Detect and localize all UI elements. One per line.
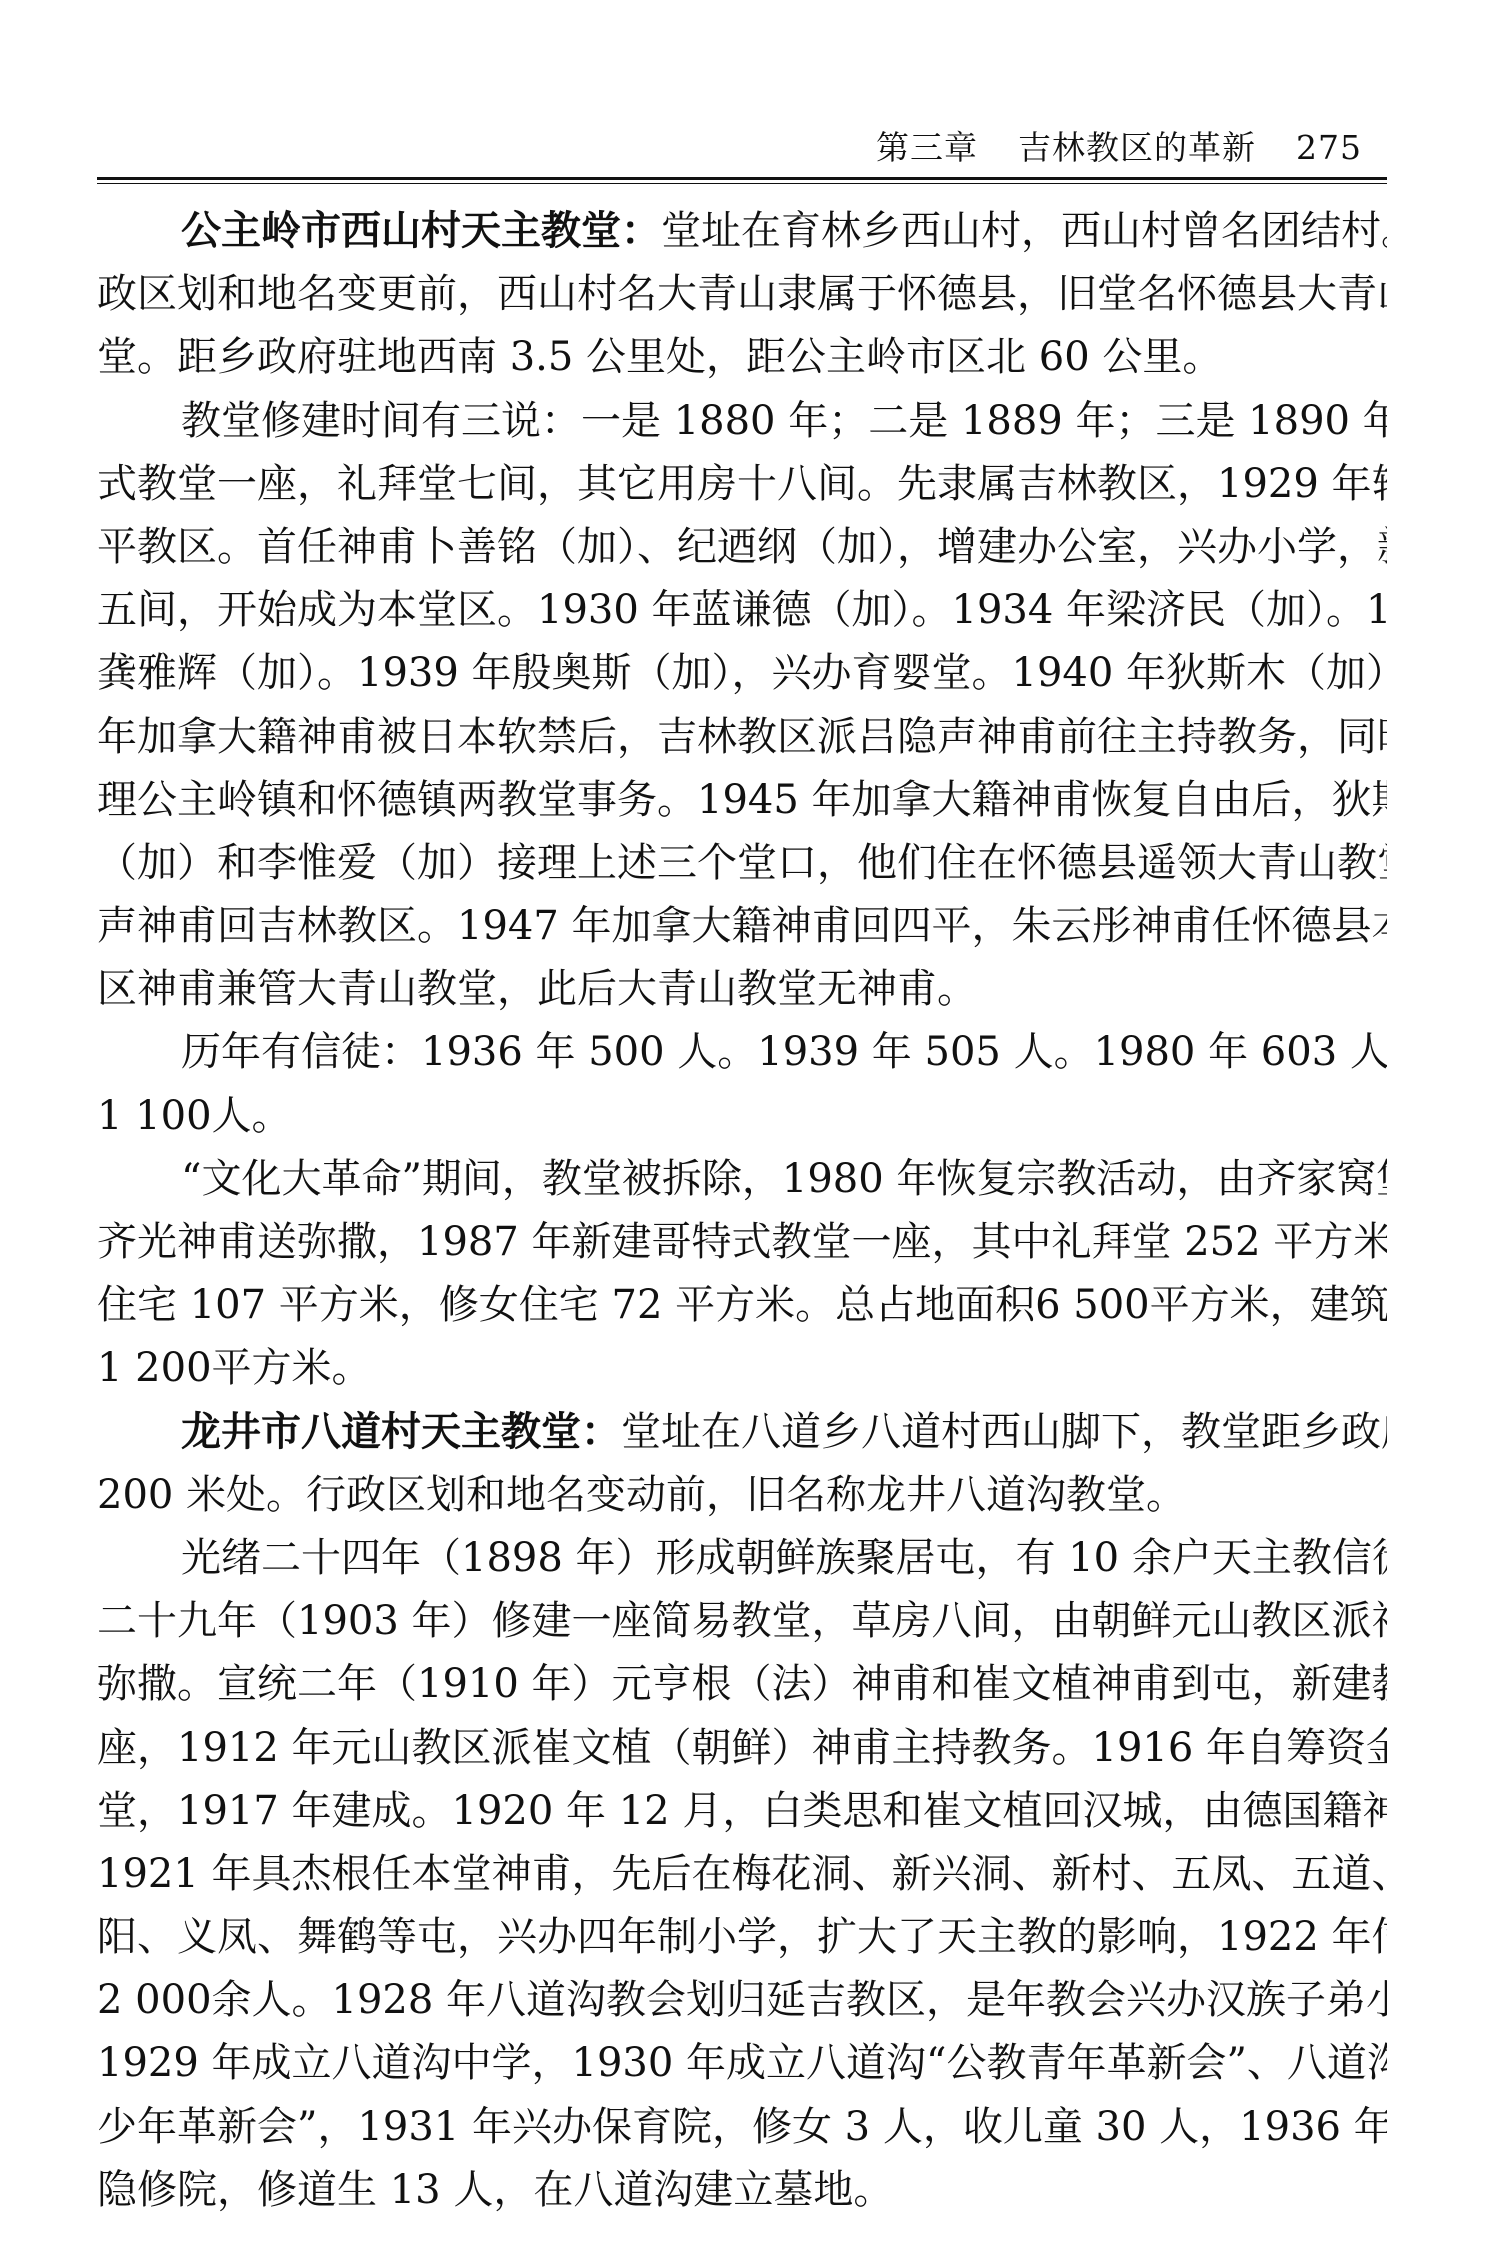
text-line: 齐光神甫送弥撒，1987 年新建哥特式教堂一座，其中礼拜堂 252 平方米，神甫 [97,1211,1387,1274]
section-heading: 公主岭市西山村天主教堂： [181,208,661,254]
text-line: 1921 年具杰根任本堂神甫，先后在梅花洞、新兴洞、新村、五凤、五道、富岩、南 [97,1843,1387,1906]
text-line: 1929 年成立八道沟中学，1930 年成立八道沟“公教青年革新会”、八道沟“公… [97,2032,1387,2095]
text-line: 区神甫兼管大青山教堂，此后大青山教堂无神甫。 [97,958,1387,1021]
running-header: 第三章吉林教区的革新275 [97,122,1387,172]
text-line: 住宅 107 平方米，修女住宅 72 平方米。总占地面积6 500平方米，建筑面… [97,1274,1387,1337]
text-line: 声神甫回吉林教区。1947 年加拿大籍神甫回四平，朱云彤神甫任怀德县本堂 [97,895,1387,958]
text-line: 理公主岭镇和怀德镇两教堂事务。1945 年加拿大籍神甫恢复自由后，狄斯木 [97,769,1387,832]
section-heading: 龙井市八道村天主教堂： [181,1409,621,1455]
text-line: 堂。距乡政府驻地西南 3.5 公里处，距公主岭市区北 60 公里。 [97,326,1387,389]
text-line: 堂，1917 年建成。1920 年 12 月，白类思和崔文植回汉城，由德国籍神甫… [97,1780,1387,1843]
chapter-title: 吉林教区的革新 [1018,128,1256,167]
text-line: 公主岭市西山村天主教堂：堂址在育林乡西山村，西山村曾名团结村。行 [97,200,1387,263]
text-line: 隐修院，修道生 13 人，在八道沟建立墓地。 [97,2159,1387,2222]
text-line: 教堂修建时间有三说：一是 1880 年；二是 1889 年；三是 1890 年。… [97,390,1387,453]
text-line: 历年有信徒：1936 年 500 人。1939 年 505 人。1980 年 6… [97,1021,1387,1084]
text-line: 年加拿大籍神甫被日本软禁后，吉林教区派吕隐声神甫前往主持教务，同时兼 [97,706,1387,769]
text-line: 1 200平方米。 [97,1337,1387,1400]
text-line: 政区划和地名变更前，西山村名大青山隶属于怀德县，旧堂名怀德县大青山教 [97,263,1387,326]
text-line: 阳、义凤、舞鹤等屯，兴办四年制小学，扩大了天主教的影响，1922 年信徒增到 [97,1906,1387,1969]
text-line: 弥撒。宣统二年（1910 年）元亨根（法）神甫和崔文植神甫到屯，新建教堂一 [97,1653,1387,1716]
text-line: 光绪二十四年（1898 年）形成朝鲜族聚居屯，有 10 余户天主教信徒，光绪 [97,1527,1387,1590]
header-text: 第三章吉林教区的革新275 [876,122,1362,169]
page-body: 公主岭市西山村天主教堂：堂址在育林乡西山村，西山村曾名团结村。行 政区划和地名变… [97,200,1387,2222]
text-line: 少年革新会”，1931 年兴办保育院，修女 3 人，收儿童 30 人，1936 … [97,2096,1387,2159]
text-line: 2 000余人。1928 年八道沟教会划归延吉教区，是年教会兴办汉族子弟小学。 [97,1969,1387,2032]
text-line: 龙井市八道村天主教堂：堂址在八道乡八道村西山脚下，教堂距乡政府西 [97,1401,1387,1464]
text-line: 1 100人。 [97,1085,1387,1148]
text-line: 式教堂一座，礼拜堂七间，其它用房十八间。先隶属吉林教区，1929 年转归四 [97,453,1387,516]
text-line: 二十九年（1903 年）修建一座简易教堂，草房八间，由朝鲜元山教区派神甫送 [97,1590,1387,1653]
text-line: 平教区。首任神甫卜善铭（加）、纪迺纲（加），增建办公室，兴办小学，新建房十 [97,516,1387,579]
text-line: 龚雅辉（加）。1939 年殷奥斯（加），兴办育婴堂。1940 年狄斯木（加）。1… [97,642,1387,705]
page-number: 275 [1296,128,1362,167]
text-line: “文化大革命”期间，教堂被拆除，1980 年恢复宗教活动，由齐家窝堡教堂 [97,1148,1387,1211]
text-line: 200 米处。行政区划和地名变动前，旧名称龙井八道沟教堂。 [97,1464,1387,1527]
text-line: （加）和李惟爱（加）接理上述三个堂口，他们住在怀德县遥领大青山教堂，吕隐 [97,832,1387,895]
chapter-label: 第三章 [876,128,978,167]
text-line: 座，1912 年元山教区派崔文植（朝鲜）神甫主持教务。1916 年自筹资金扩建教 [97,1717,1387,1780]
text-line: 五间，开始成为本堂区。1930 年蓝谦德（加）。1934 年梁济民（加）。193… [97,579,1387,642]
header-rule [97,177,1387,184]
